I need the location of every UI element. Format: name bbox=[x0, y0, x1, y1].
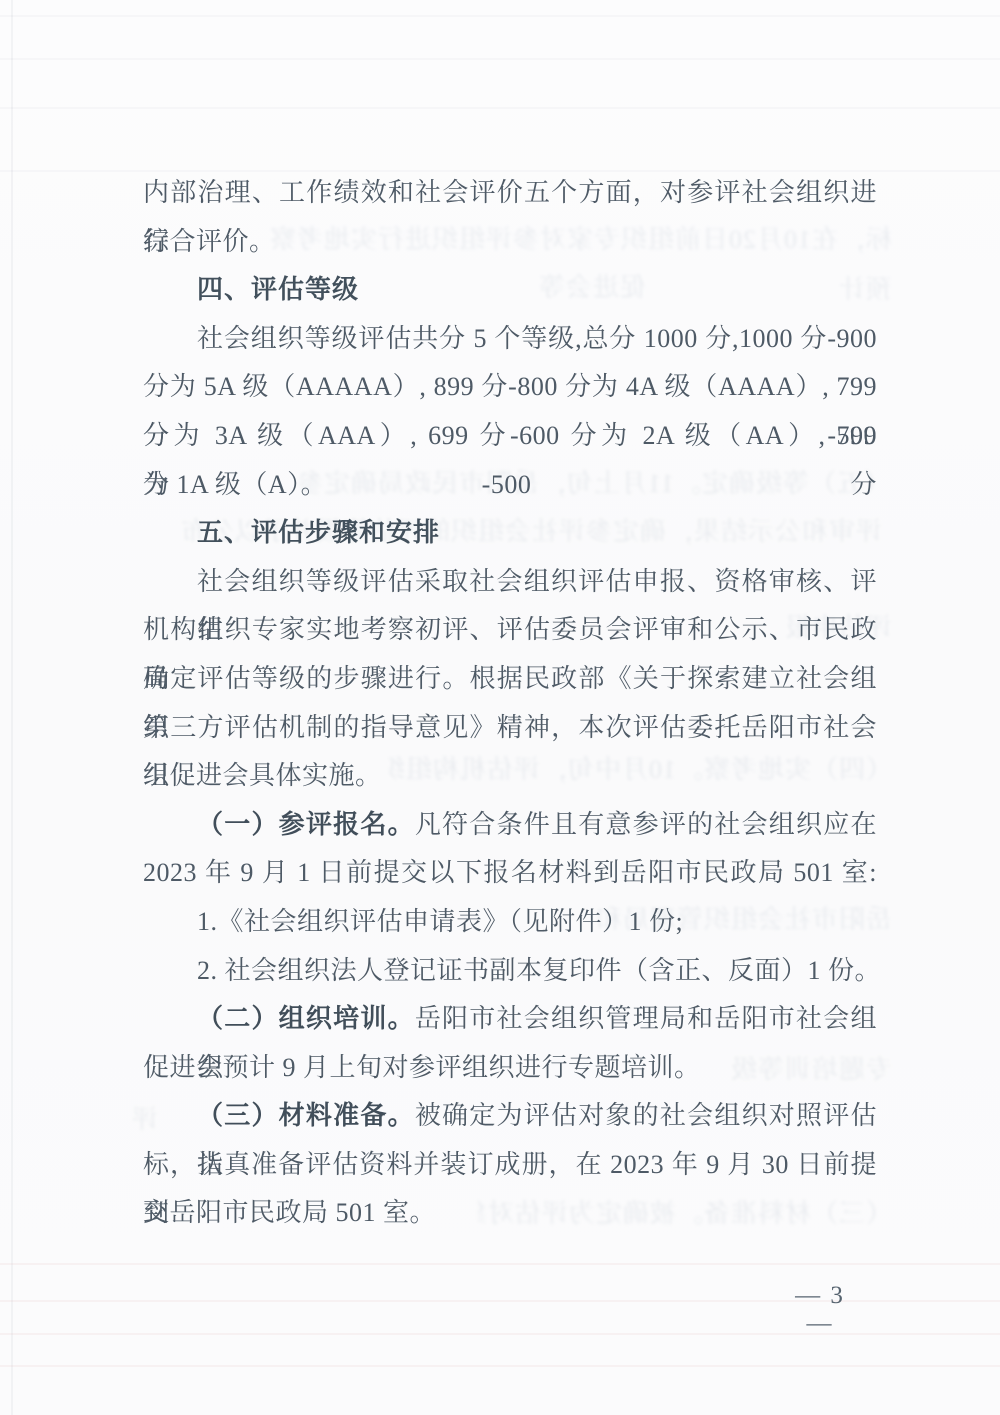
text-segment: 2023 年 9 月 1 日前提交以下报名材料到岳阳市民政局 501 室: bbox=[143, 858, 877, 887]
text-line: 2023 年 9 月 1 日前提交以下报名材料到岳阳市民政局 501 室: bbox=[143, 849, 877, 898]
text-segment: （二）组织培训。 bbox=[197, 1004, 415, 1033]
text-segment: （一）参评报名。 bbox=[197, 810, 415, 839]
text-line: 内部治理、工作绩效和社会评价五个方面，对参评社会组织进行 bbox=[143, 169, 877, 218]
scan-artifact-line bbox=[0, 1263, 1000, 1265]
text-line: 机构组织专家实地考察初评、评估委员会评审和公示、市民政局 bbox=[143, 606, 877, 655]
text-line: 标，认真准备评估资料并装订成册，在 2023 年 9 月 30 日前提交 bbox=[143, 1141, 877, 1190]
text-line: 2. 社会组织法人登记证书副本复印件（含正、反面）1 份。 bbox=[143, 947, 877, 996]
text-segment: 四、评估等级 bbox=[197, 275, 359, 304]
text-segment: 促进会预计 9 月上旬对参评组织进行专题培训。 bbox=[143, 1053, 701, 1082]
scan-artifact-line bbox=[0, 15, 1000, 17]
text-segment: 织促进会具体实施。 bbox=[143, 761, 382, 790]
text-line: （三）材料准备。被确定为评估对象的社会组织对照评估指 bbox=[143, 1092, 877, 1141]
text-line: 第三方评估机制的指导意见》精神，本次评估委托岳阳市社会组 bbox=[143, 704, 877, 753]
text-line: 综合评价。 bbox=[143, 218, 877, 267]
text-segment: 五、评估步骤和安排 bbox=[197, 518, 440, 547]
scan-artifact-line bbox=[0, 1365, 1000, 1367]
section-heading: 五、评估步骤和安排 bbox=[143, 509, 877, 558]
text-line: 确定评估等级的步骤进行。根据民政部《关于探索建立社会组织 bbox=[143, 655, 877, 704]
text-line: 促进会预计 9 月上旬对参评组织进行专题培训。 bbox=[143, 1044, 877, 1093]
text-segment: 社会组织等级评估共分 5 个等级,总分 1000 分,1000 分-900 bbox=[197, 324, 877, 353]
text-line: 1.《社会组织评估申请表》（见附件）1 份; bbox=[143, 898, 877, 947]
text-line: 分为 5A 级（AAAAA）, 899 分-800 分为 4A 级（AAAA）,… bbox=[143, 363, 877, 412]
section-heading: 四、评估等级 bbox=[143, 266, 877, 315]
text-line: 社会组织等级评估共分 5 个等级,总分 1000 分,1000 分-900 bbox=[143, 315, 877, 364]
text-line: （二）组织培训。岳阳市社会组织管理局和岳阳市社会组织 bbox=[143, 995, 877, 1044]
page-number: — 3 — bbox=[780, 1282, 860, 1338]
text-segment: 1.《社会组织评估申请表》（见附件）1 份; bbox=[197, 907, 683, 936]
text-segment: 2. 社会组织法人登记证书副本复印件（含正、反面）1 份。 bbox=[197, 956, 881, 985]
scan-artifact-line bbox=[0, 107, 1000, 109]
document-page: 标，在10月20日前组织专家对参评组织进行实地考察，确定促进会等预计（五）等级确… bbox=[0, 0, 1000, 1415]
text-segment: 凡符合条件且有意参评的社会组织应在 bbox=[415, 810, 877, 839]
text-segment: 综合评价。 bbox=[143, 227, 276, 256]
text-segment: 到岳阳市民政局 501 室。 bbox=[143, 1198, 436, 1227]
text-line: 织促进会具体实施。 bbox=[143, 752, 877, 801]
text-line: 分为 3A 级（AAA）, 699 分-600 分为 2A 级（AA）, 599… bbox=[143, 412, 877, 461]
text-segment: 为 1A 级（A）。 bbox=[143, 470, 327, 499]
text-line: 社会组织等级评估采取社会组织评估申报、资格审核、评估 bbox=[143, 558, 877, 607]
text-line: 到岳阳市民政局 501 室。 bbox=[143, 1189, 877, 1238]
text-segment: （三）材料准备。 bbox=[197, 1101, 415, 1130]
document-body: 内部治理、工作绩效和社会评价五个方面，对参评社会组织进行综合评价。四、评估等级社… bbox=[143, 169, 877, 1238]
scan-artifact-line bbox=[0, 58, 1000, 60]
text-line: （一）参评报名。凡符合条件且有意参评的社会组织应在 bbox=[143, 801, 877, 850]
page-edge-line bbox=[11, 0, 13, 1415]
